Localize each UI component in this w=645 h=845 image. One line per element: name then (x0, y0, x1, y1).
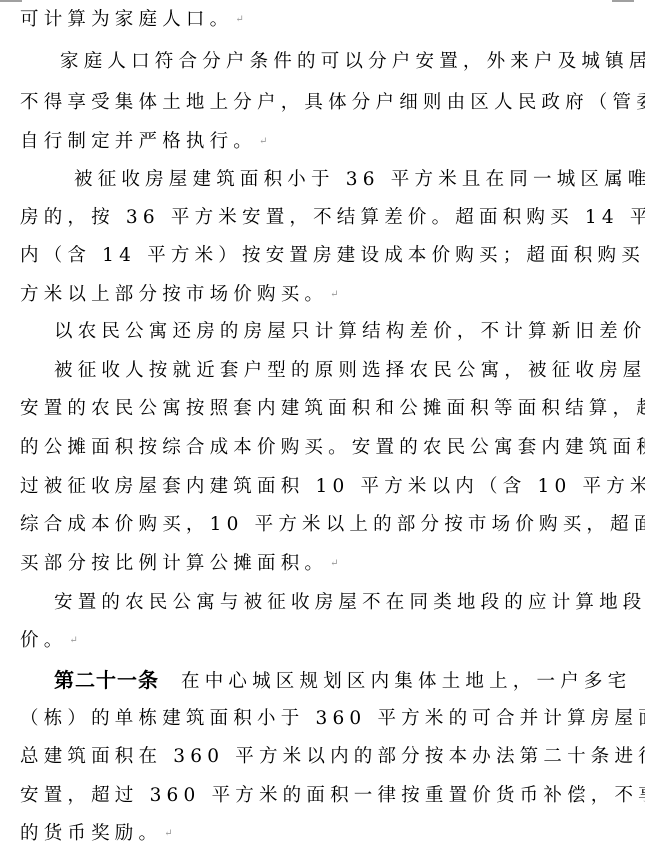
text-line: 价。↵ (20, 629, 78, 653)
text-line: 方米以上部分按市场价购买。↵ (20, 283, 339, 307)
text-line: 家庭人口符合分户条件的可以分户安置，外来户及城镇居民 (60, 50, 645, 74)
line-text: 综合成本价购买，10 平方米以上的部分按市场价购买，超面积购 (20, 514, 645, 535)
line-text: 总建筑面积在 360 平方米以内的部分按本办法第二十条进行补偿 (20, 746, 645, 767)
line-text: 在中心城区规划区内集体土地上，一户多宅 (181, 671, 631, 692)
text-line: 的公摊面积按综合成本价购买。安置的农民公寓套内建筑面积超 (20, 436, 645, 460)
line-text: 被征收房屋建筑面积小于 36 平方米且在同一城区属唯一住 (74, 169, 645, 190)
paragraph-mark-icon: ↵ (235, 14, 243, 25)
line-text: 安置的农民公寓按照套内建筑面积和公摊面积等面积结算，超出 (20, 398, 645, 419)
text-line: 买部分按比例计算公摊面积。↵ (20, 552, 339, 576)
paragraph-mark-icon: ↵ (330, 289, 338, 300)
line-text: 以农民公寓还房的房屋只计算结构差价，不计算新旧差价。 (54, 321, 645, 342)
paragraph-mark-icon: ↵ (330, 558, 338, 569)
line-text: 家庭人口符合分户条件的可以分户安置，外来户及城镇居民 (60, 51, 645, 72)
paragraph-mark-icon: ↵ (69, 635, 77, 646)
text-line: 以农民公寓还房的房屋只计算结构差价，不计算新旧差价。↵ (54, 320, 645, 344)
article-heading: 第二十一条 (54, 668, 159, 692)
text-line: 过被征收房屋套内建筑面积 10 平方米以内（含 10 平方米）的按 (20, 475, 645, 499)
text-line: 安置，超过 360 平方米的面积一律按重置价货币补偿，不享受 25% (20, 784, 645, 808)
crop-mark-right (612, 0, 634, 2)
text-line: 被征收人按就近套户型的原则选择农民公寓，被征收房屋与 (54, 359, 645, 383)
line-text: 安置，超过 360 平方米的面积一律按重置价货币补偿，不享受 25% (20, 785, 645, 806)
line-text: 被征收人按就近套户型的原则选择农民公寓，被征收房屋与 (54, 360, 645, 381)
line-text: 自行制定并严格执行。 (20, 131, 257, 152)
line-text: 方米以上部分按市场价购买。 (20, 284, 328, 305)
text-line: 被征收房屋建筑面积小于 36 平方米且在同一城区属唯一住 (74, 168, 645, 192)
text-line: 的货币奖励。↵ (20, 822, 173, 845)
text-line: 安置的农民公寓按照套内建筑面积和公摊面积等面积结算，超出 (20, 397, 645, 421)
crop-mark-left (0, 0, 22, 2)
line-text: （栋）的单栋建筑面积小于 360 平方米的可合并计算房屋面积， (20, 708, 645, 729)
text-line: 安置的农民公寓与被征收房屋不在同类地段的应计算地段差 (54, 591, 645, 615)
text-line: 自行制定并严格执行。↵ (20, 130, 267, 154)
text-line: 综合成本价购买，10 平方米以上的部分按市场价购买，超面积购 (20, 513, 645, 537)
line-text: 买部分按比例计算公摊面积。 (20, 553, 328, 574)
paragraph-mark-icon: ↵ (164, 828, 172, 839)
line-text: 的货币奖励。 (20, 823, 162, 844)
text-line: （栋）的单栋建筑面积小于 360 平方米的可合并计算房屋面积， (20, 707, 645, 731)
line-text: 房的，按 36 平方米安置，不结算差价。超面积购买 14 平方米以 (20, 207, 645, 228)
line-text: 过被征收房屋套内建筑面积 10 平方米以内（含 10 平方米）的按 (20, 476, 645, 497)
paragraph-mark-icon: ↵ (259, 136, 267, 147)
text-line: 总建筑面积在 360 平方米以内的部分按本办法第二十条进行补偿 (20, 745, 645, 769)
line-text: 安置的农民公寓与被征收房屋不在同类地段的应计算地段差 (54, 592, 645, 613)
line-text: 不得享受集体土地上分户，具体分户细则由区人民政府（管委会） (20, 92, 645, 113)
text-line: 房的，按 36 平方米安置，不结算差价。超面积购买 14 平方米以 (20, 206, 645, 230)
text-line: 第二十一条在中心城区规划区内集体土地上，一户多宅 (54, 668, 631, 692)
text-line: 可计算为家庭人口。↵ (20, 8, 244, 32)
text-line: 不得享受集体土地上分户，具体分户细则由区人民政府（管委会） (20, 91, 645, 115)
line-text: 可计算为家庭人口。 (20, 9, 233, 30)
line-text: 价。 (20, 630, 67, 651)
text-line: 内（含 14 平方米）按安置房建设成本价购买；超面积购买 14 平 (20, 244, 645, 268)
line-text: 的公摊面积按综合成本价购买。安置的农民公寓套内建筑面积超 (20, 437, 645, 458)
line-text: 内（含 14 平方米）按安置房建设成本价购买；超面积购买 14 平 (20, 245, 645, 266)
